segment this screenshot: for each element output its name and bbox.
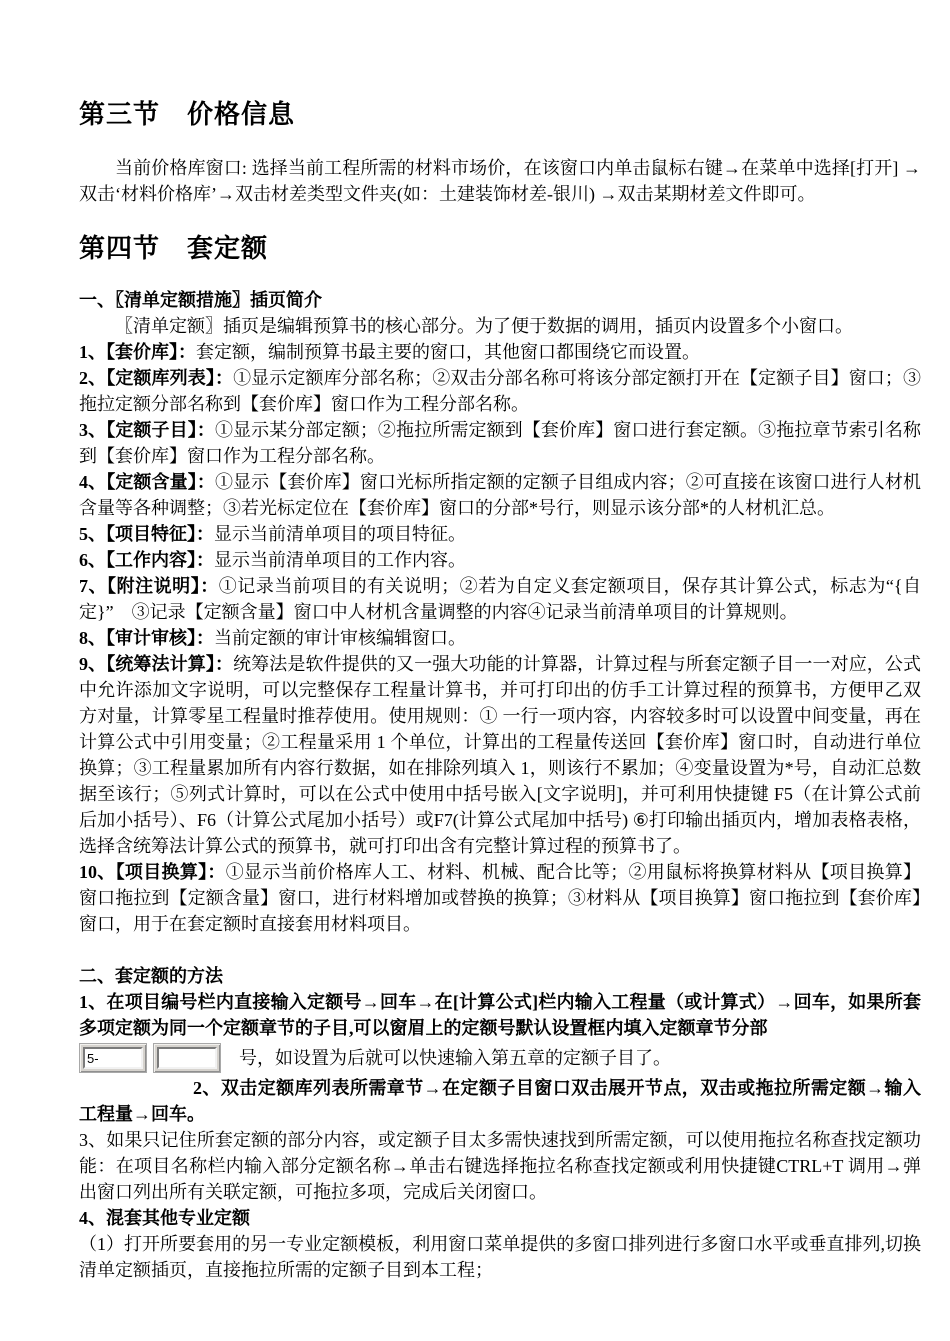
method4-subitem: （1）打开所要套用的另一专业定额模板，利用窗口菜单提供的多窗口排列进行多窗口水平… — [79, 1231, 921, 1283]
quota-prefix-input-1[interactable] — [83, 1047, 143, 1069]
quota-prefix-setting-row: 号，如设置为后就可以快速输入第五章的定额子目了。 — [79, 1043, 921, 1073]
quota-prefix-inputs — [79, 1043, 221, 1073]
item-label: 10、【项目换算】： — [79, 862, 226, 882]
item-text: 套定额，编制预算书最主要的窗口，其他窗口都围绕它而设置。 — [196, 342, 700, 362]
part1-item-7: 7、【附注说明】：①记录当前项目的有关说明；②若为自定义套定额项目，保存其计算公… — [79, 573, 921, 625]
item-label: 4、【定额含量】： — [79, 472, 215, 492]
item-label: 5、【项目特征】： — [79, 524, 214, 544]
part1-item-4: 4、【定额含量】：①显示【套价库】窗口光标所指定额的定额子目组成内容；②可直接在… — [79, 469, 921, 521]
item-text: 显示当前清单项目的项目特征。 — [214, 524, 466, 544]
quota-prefix-frame-2 — [153, 1043, 221, 1073]
document-page: 第三节 价格信息 当前价格库窗口: 选择当前工程所需的材料市场价，在该窗口内单击… — [0, 0, 950, 1341]
section3-heading: 第三节 价格信息 — [79, 99, 921, 131]
part1-item-5: 5、【项目特征】：显示当前清单项目的项目特征。 — [79, 521, 921, 547]
part1-item-10: 10、【项目换算】：①显示当前价格库人工、材料、机械、配合比等；②用鼠标将换算材… — [79, 859, 921, 937]
item-label: 6、【工作内容】： — [79, 550, 214, 570]
item-text: 显示当前清单项目的工作内容。 — [214, 550, 466, 570]
section4-heading: 第四节 套定额 — [79, 233, 921, 265]
item-label: 2、【定额库列表】： — [79, 368, 233, 388]
item-label: 7、【附注说明】： — [79, 576, 219, 596]
part1-item-9: 9、【统筹法计算】：统筹法是软件提供的又一强大功能的计算器，计算过程与所套定额子… — [79, 651, 921, 859]
part1-item-3: 3、【定额子目】：①显示某分部定额；②拖拉所需定额到【套价库】窗口进行套定额。③… — [79, 417, 921, 469]
quota-prefix-frame-1 — [79, 1043, 147, 1073]
quota-prefix-input-2[interactable] — [157, 1047, 217, 1069]
method4-heading: 4、混套其他专业定额 — [79, 1205, 921, 1231]
item-label: 9、【统筹法计算】： — [79, 654, 233, 674]
item-label: 8、【审计审核】： — [79, 628, 214, 648]
method2-paragraph: 2、双击定额库列表所需章节→在定额子目窗口双击展开节点，双击或拖拉所需定额→输入… — [79, 1075, 921, 1127]
item-label: 1、【套价库】： — [79, 342, 196, 362]
item-text: 当前定额的审计审核编辑窗口。 — [214, 628, 466, 648]
part1-item-8: 8、【审计审核】：当前定额的审计审核编辑窗口。 — [79, 625, 921, 651]
part1-item-1: 1、【套价库】：套定额，编制预算书最主要的窗口，其他窗口都围绕它而设置。 — [79, 339, 921, 365]
part1-item-2: 2、【定额库列表】：①显示定额库分部名称；②双击分部名称可将该分部定额打开在【定… — [79, 365, 921, 417]
part1-heading: 一、〖清单定额措施〗插页简介 — [79, 287, 921, 313]
method1-continuation: 号，如设置为后就可以快速输入第五章的定额子目了。 — [239, 1045, 671, 1071]
part1-item-6: 6、【工作内容】：显示当前清单项目的工作内容。 — [79, 547, 921, 573]
part1-intro: 〖清单定额〗插页是编辑预算书的核心部分。为了便于数据的调用，插页内设置多个小窗口… — [79, 313, 921, 339]
method1-paragraph: 1、在项目编号栏内直接输入定额号→回车→在[计算公式]栏内输入工程量（或计算式）… — [79, 989, 921, 1041]
item-text: 统筹法是软件提供的又一强大功能的计算器，计算过程与所套定额子目一一对应，公式中允… — [79, 654, 921, 856]
section3-paragraph: 当前价格库窗口: 选择当前工程所需的材料市场价，在该窗口内单击鼠标右键→在菜单中… — [79, 155, 921, 207]
part2-heading: 二、套定额的方法 — [79, 963, 921, 989]
item-label: 3、【定额子目】： — [79, 420, 215, 440]
method3-paragraph: 3、如果只记住所套定额的部分内容，或定额子目太多需快速找到所需定额，可以使用拖拉… — [79, 1127, 921, 1205]
